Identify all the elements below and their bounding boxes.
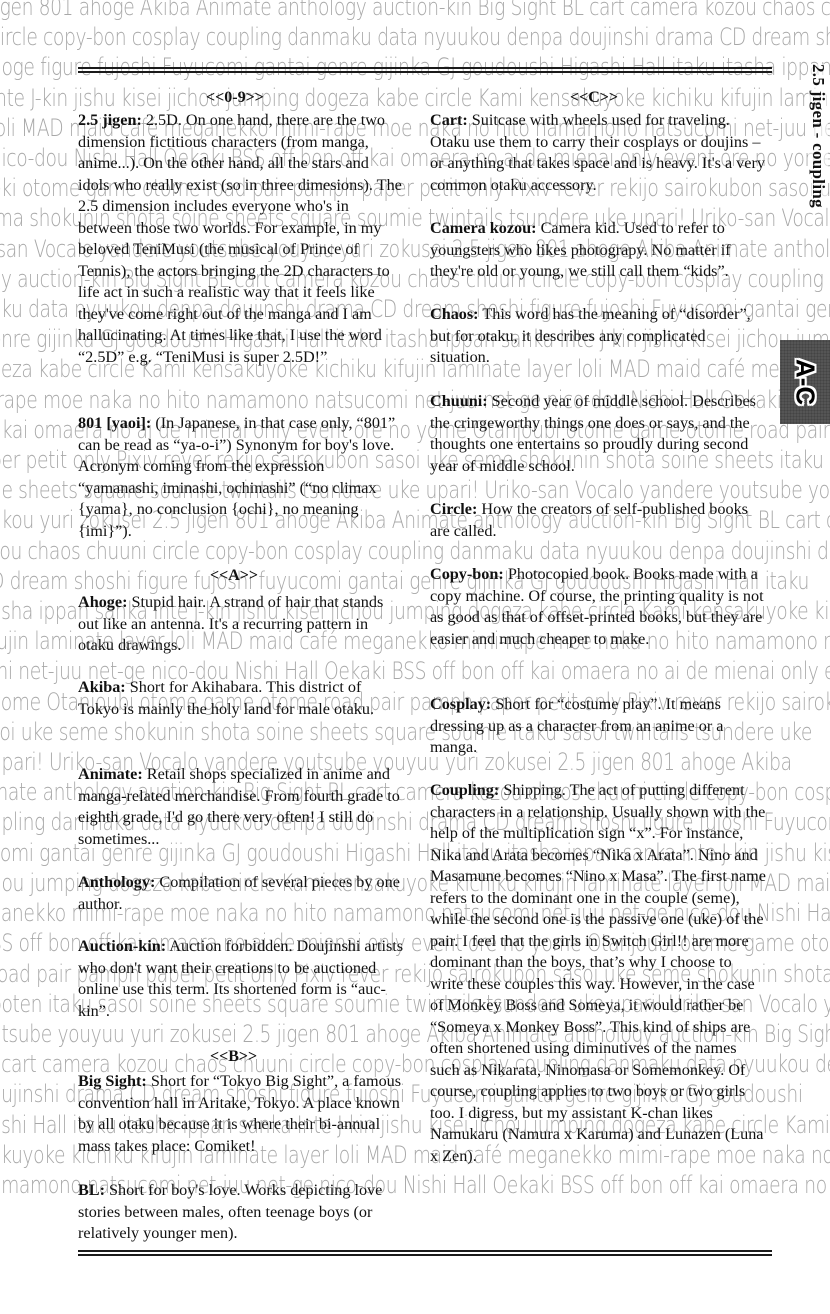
entry-801-yaoi: 801 [yaoi]: (In Japanese, in that case o… [78, 413, 404, 542]
entry-cosplay: Cosplay: Short for “costume play”. It me… [430, 694, 766, 759]
section-heading-a: <<A>> [210, 567, 258, 585]
running-title: 2.5 jigen - coupling [808, 64, 828, 208]
background-word-line: Inte J-kin jishu kisei jichou jumping do… [0, 83, 830, 113]
entry-circle: Circle: How the creators of self-publish… [430, 499, 766, 542]
entry-auction-kin: Auction-kin: Auction forbidden. Doujinsh… [78, 936, 404, 1022]
entry-term: Big Sight: [78, 1072, 147, 1090]
entry-term: Camera kozou: [430, 219, 537, 237]
section-heading-0-9: <<0-9>> [206, 89, 264, 107]
entry-term: Cosplay: [430, 695, 491, 713]
entry-definition: Suitcase with wheels used for traveling.… [430, 111, 765, 194]
entry-chuuni: Chuuni: Second year of middle school. De… [430, 391, 766, 477]
entry-definition: (In Japanese, in that case only, “801” c… [78, 414, 395, 540]
entry-term: Animate: [78, 765, 143, 783]
entry-term: Copy-bon: [430, 565, 504, 583]
entry-bl: BL: Short for boy's love. Works depictin… [78, 1180, 404, 1245]
entry-term: BL: [78, 1181, 105, 1199]
background-word-line: circle copy-bon cosplay coupling danmaku… [0, 22, 830, 52]
top-double-rule [78, 67, 772, 73]
entry-term: Cart: [430, 111, 468, 129]
entry-term: 801 [yaoi]: [78, 414, 151, 432]
section-heading-b: <<B>> [210, 1048, 257, 1066]
entry-term: Anthology: [78, 873, 155, 891]
section-tab-a-c: A-C [780, 340, 830, 424]
entry-definition: How the creators of self-published books… [430, 500, 748, 540]
entry-animate: Animate: Retail shops specialized in ani… [78, 764, 404, 850]
entry-ahoge: Ahoge: Stupid hair. A strand of hair tha… [78, 592, 404, 657]
entry-camera-kozou: Camera kozou: Camera kid. Used to refer … [430, 218, 766, 283]
section-tab-label: A-C [790, 359, 821, 405]
entry-2-5-jigen: 2.5 jigen: 2.5D. On one hand, there are … [78, 110, 404, 368]
entry-term: Chuuni: [430, 392, 488, 410]
entry-term: 2.5 jigen: [78, 111, 142, 129]
entry-cart: Cart: Suitcase with wheels used for trav… [430, 110, 766, 196]
background-word-line: jigen 801 ahoge Akiba Animate anthology … [0, 0, 830, 22]
entry-term: Coupling: [430, 781, 499, 799]
entry-definition: Shipping. The act of putting different c… [430, 781, 766, 1165]
entry-anthology: Anthology: Compilation of several pieces… [78, 872, 404, 915]
entry-term: Auction-kin: [78, 937, 166, 955]
entry-definition: 2.5D. On one hand, there are the two dim… [78, 111, 402, 366]
entry-term: Ahoge: [78, 593, 127, 611]
section-heading-c: <<C>> [570, 89, 618, 107]
entry-big-sight: Big Sight: Short for “Tokyo Big Sight”, … [78, 1071, 404, 1157]
entry-term: Chaos: [430, 305, 479, 323]
entry-akiba: Akiba: Short for Akihabara. This distric… [78, 677, 404, 720]
entry-coupling: Coupling: Shipping. The act of putting d… [430, 780, 766, 1167]
entry-term: Circle: [430, 500, 477, 518]
entry-term: Akiba: [78, 678, 126, 696]
entry-definition: Short for boy's love. Works depicting lo… [78, 1181, 382, 1242]
entry-chaos: Chaos: This word has the meaning of “dis… [430, 304, 766, 369]
entry-definition: This word has the meaning of “disorder”,… [430, 305, 751, 366]
entry-copy-bon: Copy-bon: Photocopied book. Books made w… [430, 564, 766, 650]
bottom-double-rule [78, 1250, 772, 1256]
